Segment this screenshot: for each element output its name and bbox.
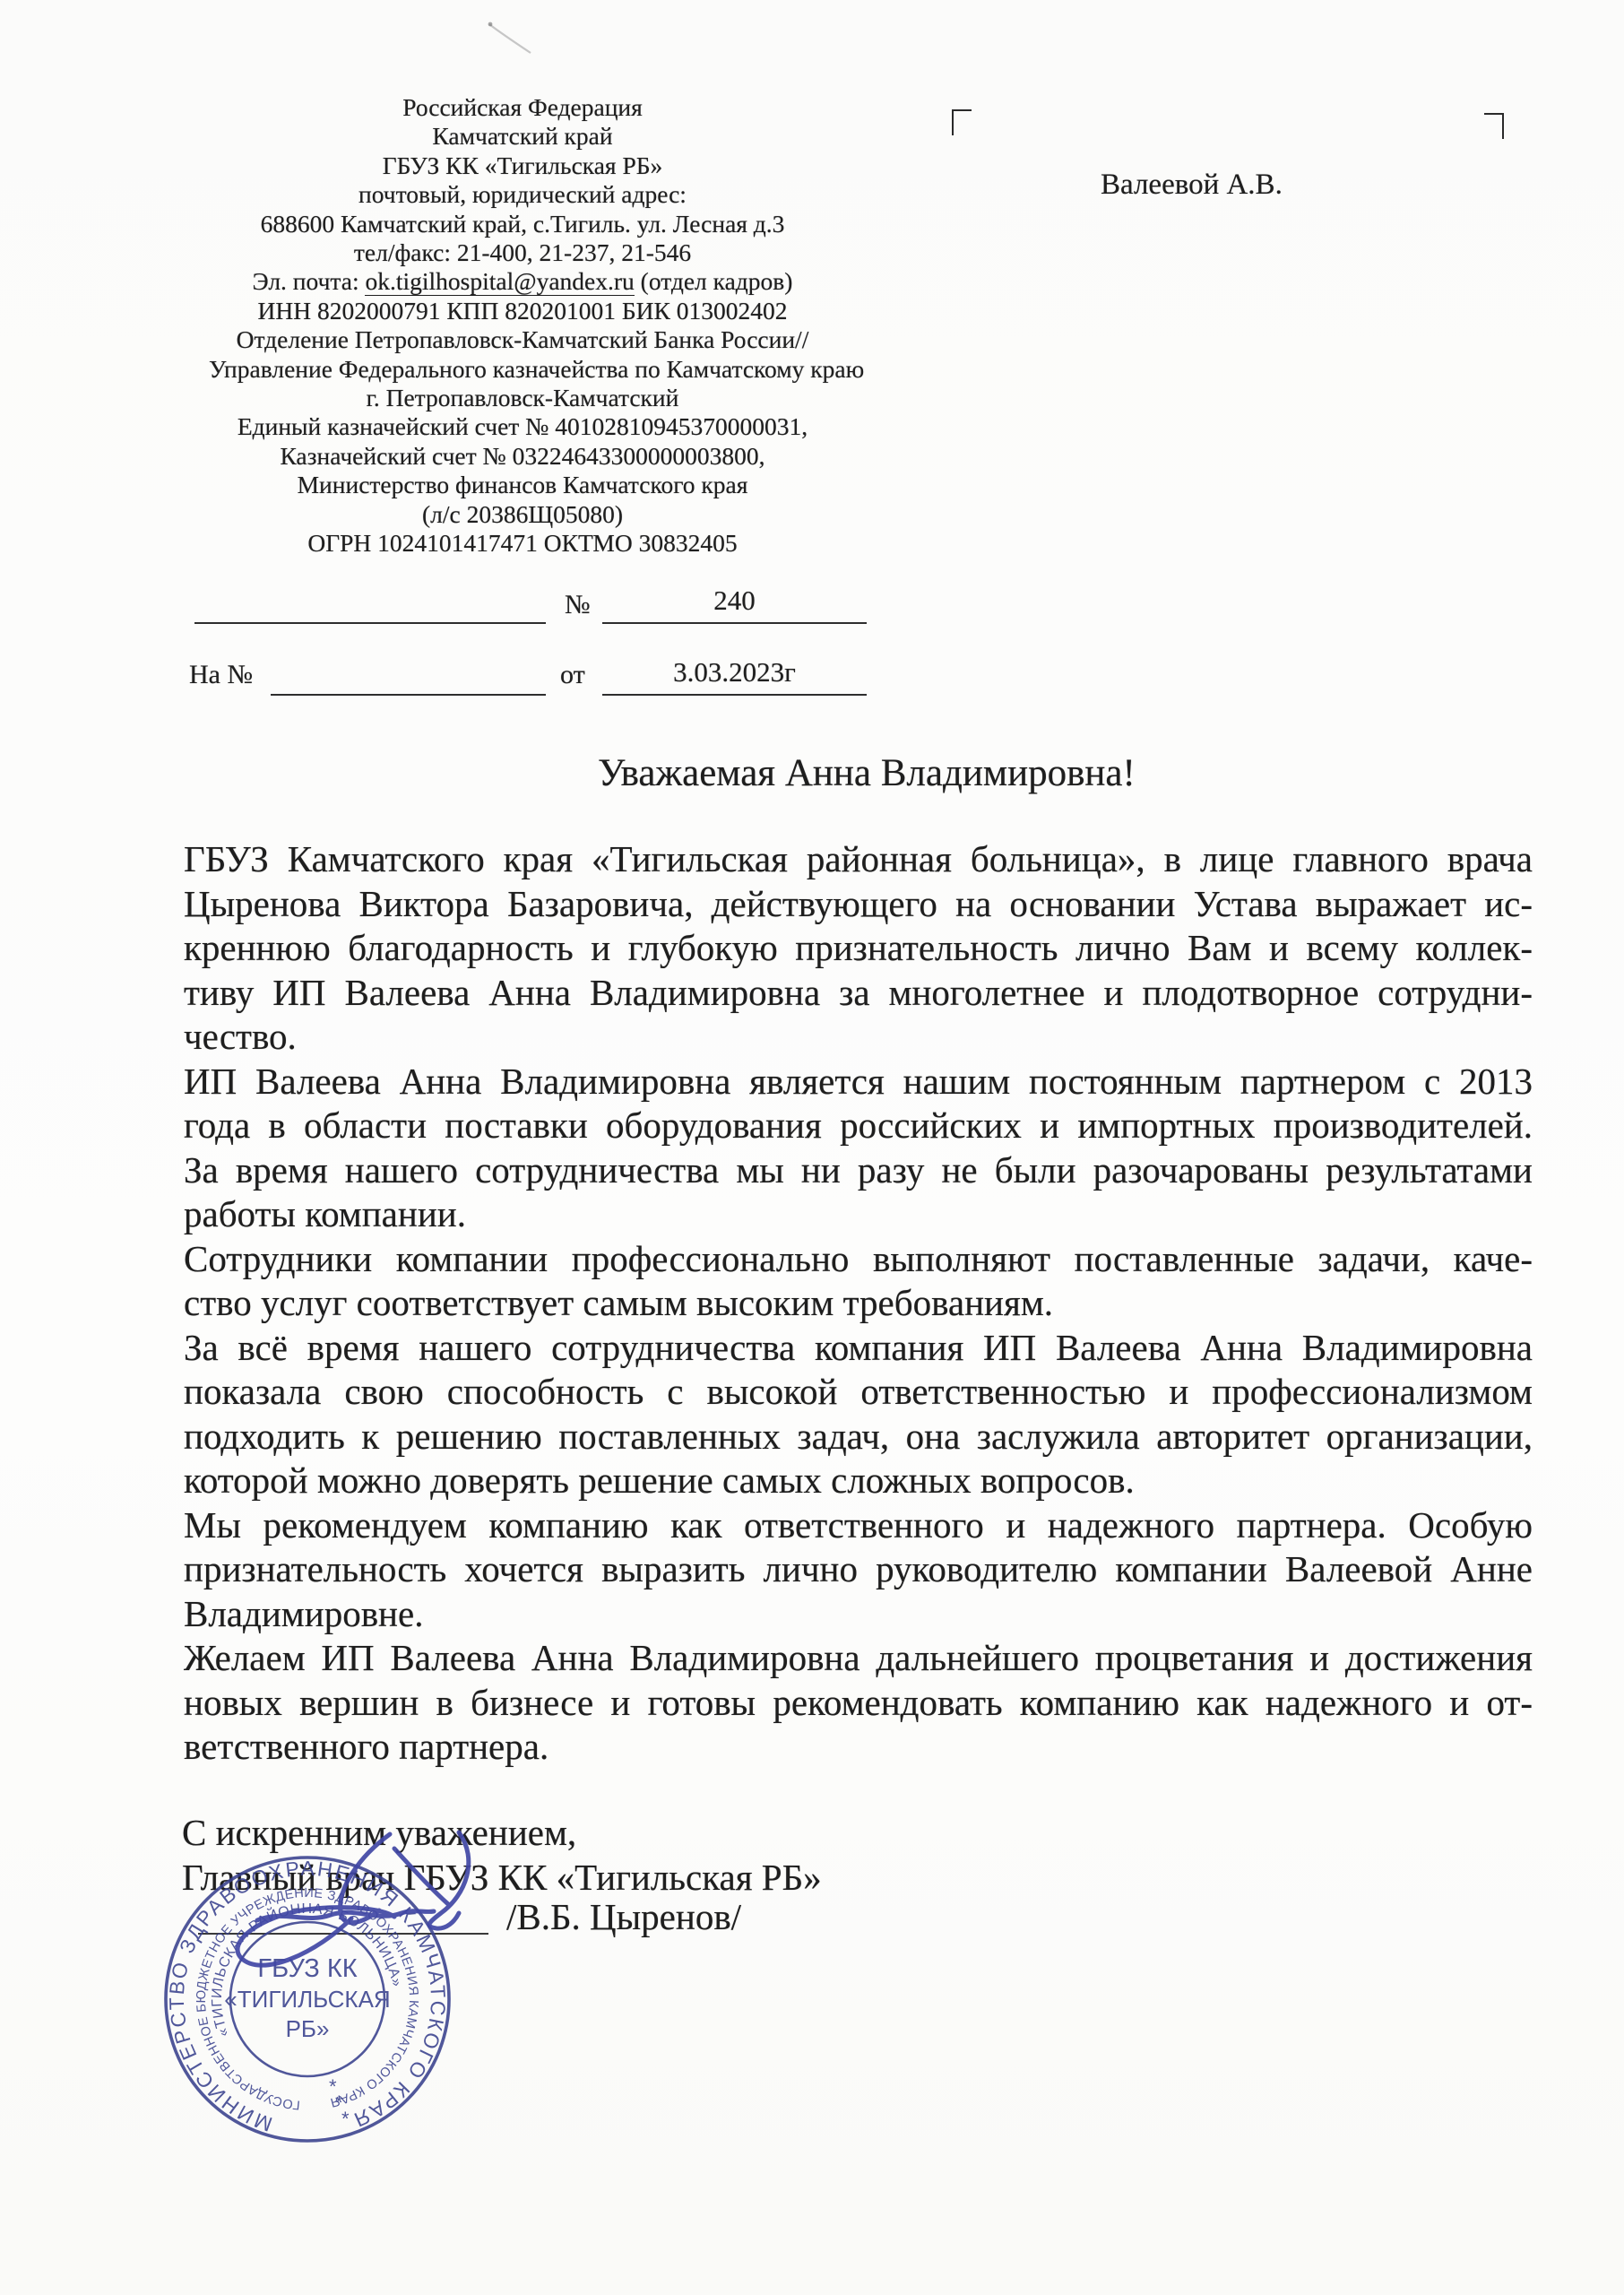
address-field-corner-right-icon [1484, 113, 1504, 139]
letterhead: Российская ФедерацияКамчатский крайГБУЗ … [209, 93, 836, 559]
letter-body: ГБУЗ Камчатского края «Тигильская районн… [184, 837, 1533, 1770]
scan-scratch-mark [475, 13, 556, 67]
letterhead-line: Российская Федерация [209, 93, 836, 122]
address-field-corner-left-icon [952, 109, 972, 135]
stamp-star-3: * [341, 2108, 350, 2130]
letterhead-line: г. Петропавловск-Камчатский [209, 384, 836, 412]
letterhead-line: Министерство финансов Камчатского края [209, 471, 836, 499]
body-line: креннюю благодарность и глубокую признат… [184, 926, 1533, 971]
body-line: Мы рекомендуем компанию как ответственно… [184, 1503, 1533, 1548]
salutation: Уважаемая Анна Владимировна! [598, 751, 1136, 795]
reply-number-blank-line [271, 694, 546, 696]
body-line: признательность хочется выразить лично р… [184, 1547, 1533, 1592]
body-line: Цыренова Виктора Базаровича, действующег… [184, 882, 1533, 927]
body-line: тиву ИП Валеева Анна Владимировна за мно… [184, 971, 1533, 1016]
letterhead-line: почтовый, юридический адрес: [209, 180, 836, 209]
body-line: Владимировне. [184, 1592, 1533, 1637]
body-line: чество. [184, 1015, 1533, 1060]
email-suffix: (отдел кадров) [635, 267, 793, 295]
body-line: которой можно доверять решение самых сло… [184, 1459, 1533, 1503]
letterhead-line: Отделение Петропавловск-Камчатский Банка… [209, 325, 836, 354]
outgoing-number-value: 240 [602, 585, 867, 617]
number-label: № [565, 590, 591, 620]
handwritten-signature [125, 1809, 627, 1997]
letterhead-line: 688600 Камчатский край, с.Тигиль. ул. Ле… [209, 210, 836, 238]
email-address: ok.tigilhospital@yandex.ru [365, 267, 634, 296]
letterhead-line: ГБУЗ КК «Тигильская РБ» [209, 152, 836, 180]
body-line: работы компании. [184, 1192, 1533, 1237]
body-line: показала свою способность с высокой отве… [184, 1370, 1533, 1415]
letter-date: 3.03.2023г [602, 656, 867, 688]
scanned-letter-page: Российская ФедерацияКамчатский крайГБУЗ … [0, 0, 1624, 2295]
date-label: от [560, 660, 585, 690]
letterhead-line: ИНН 8202000791 КПП 820201001 БИК 0130024… [209, 297, 836, 325]
letterhead-email-line: Эл. почта: ok.tigilhospital@yandex.ru (о… [209, 267, 836, 296]
outgoing-number-blank-line [194, 622, 546, 624]
body-line: подходить к решению поставленных задач, … [184, 1415, 1533, 1459]
letterhead-line: Казначейский счет № 03224643300000003800… [209, 442, 836, 471]
body-line: За время нашего сотрудничества мы ни раз… [184, 1148, 1533, 1193]
addressee-name: Валеевой А.В. [1101, 169, 1283, 202]
stamp-center-line3: РБ» [286, 2015, 330, 2042]
letterhead-line: Камчатский край [209, 122, 836, 151]
letterhead-line: Единый казначейский счет № 4010281094537… [209, 412, 836, 441]
email-prefix: Эл. почта: [253, 267, 366, 295]
letterhead-line: (л/с 20386Щ05080) [209, 500, 836, 529]
body-line: ИП Валеева Анна Владимировна является на… [184, 1060, 1533, 1104]
letterhead-line: тел/факс: 21-400, 21-237, 21-546 [209, 238, 836, 267]
reply-number-label: На № [189, 660, 253, 690]
date-value-line [602, 694, 867, 696]
body-line: ство услуг соответствует самым высоким т… [184, 1281, 1533, 1326]
body-line: Желаем ИП Валеева Анна Владимировна даль… [184, 1636, 1533, 1681]
body-line: ветственного партнера. [184, 1725, 1533, 1770]
letterhead-line: ОГРН 1024101417471 ОКТМО 30832405 [209, 529, 836, 558]
body-line: Сотрудники компании профессионально выпо… [184, 1237, 1533, 1282]
body-line: года в области поставки оборудования рос… [184, 1104, 1533, 1148]
letterhead-line: Управление Федерального казначейства по … [209, 355, 836, 384]
body-line: новых вершин в бизнесе и готовы рекоменд… [184, 1681, 1533, 1726]
outgoing-number-value-line [602, 622, 867, 624]
body-line: За всё время нашего сотрудничества компа… [184, 1326, 1533, 1371]
body-line: ГБУЗ Камчатского края «Тигильская районн… [184, 837, 1533, 882]
